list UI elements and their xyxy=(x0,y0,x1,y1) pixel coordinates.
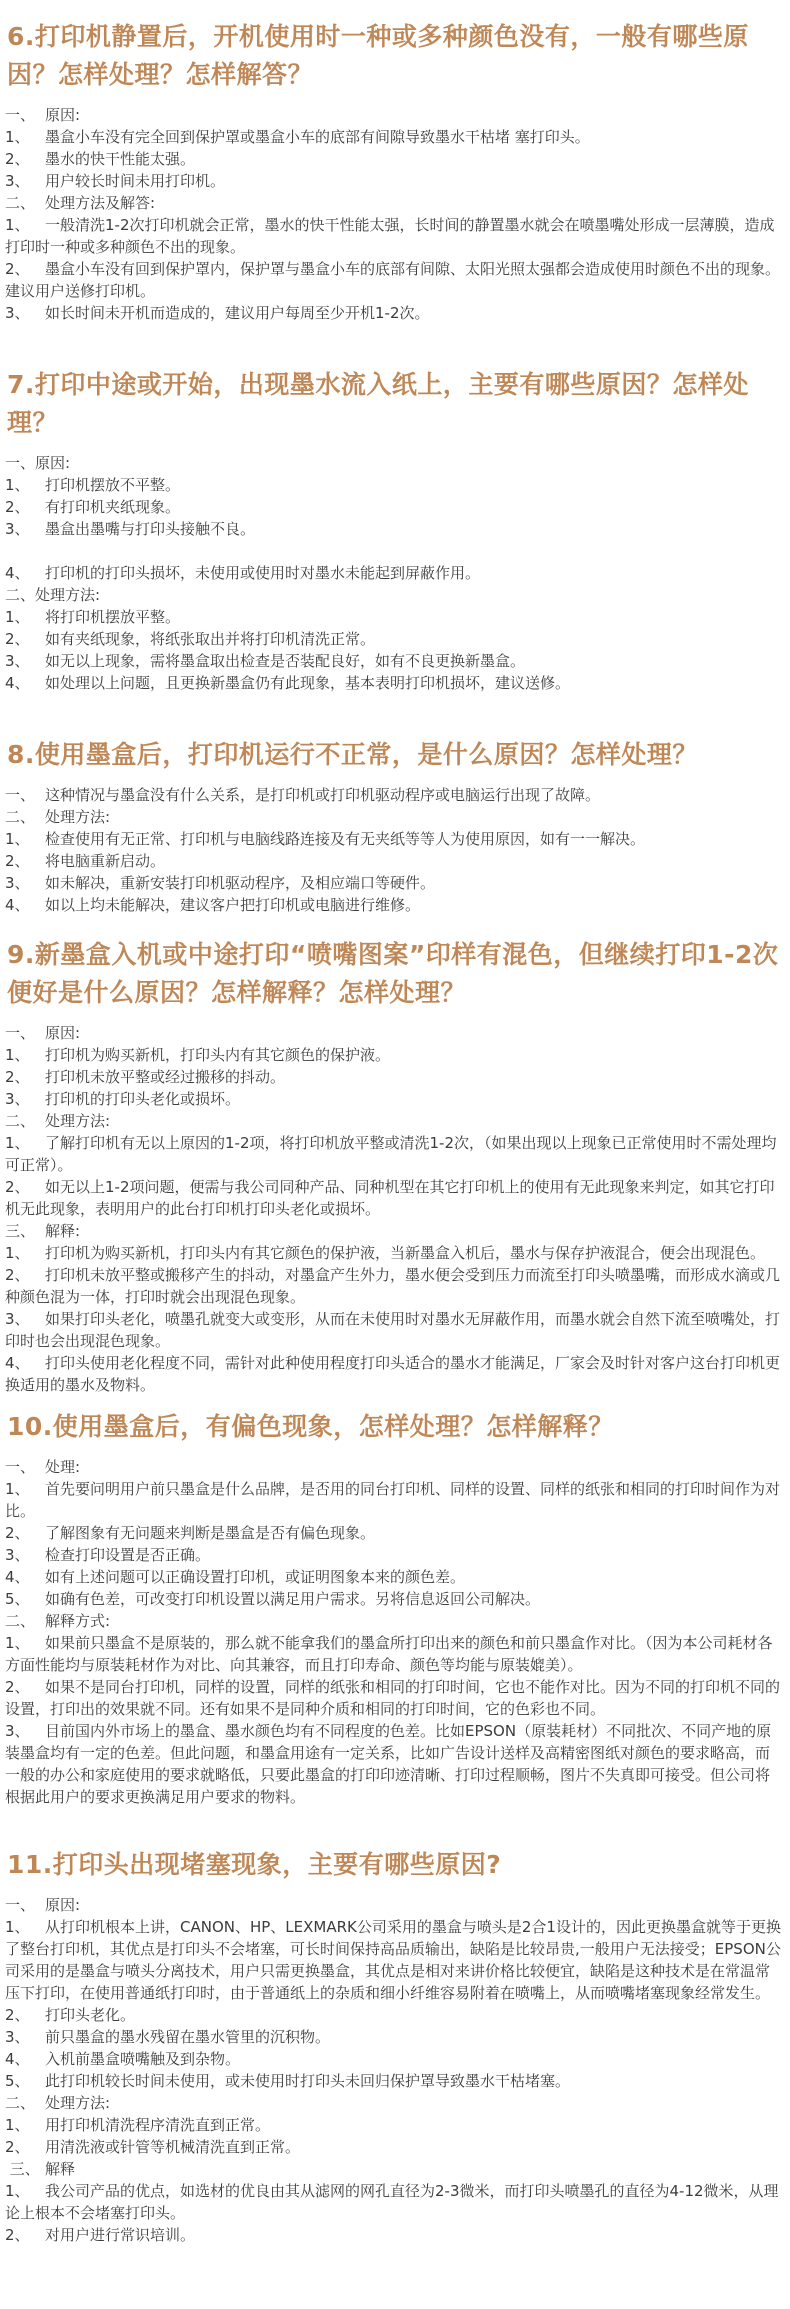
faq-line: 2、 墨水的快干性能太强。 xyxy=(5,148,782,170)
faq-line: 一、 原因: xyxy=(5,1894,782,1916)
faq-line: 3、 如长时间未开机而造成的，建议用户每周至少开机1-2次。 xyxy=(5,302,782,324)
faq-line: 2、 打印头老化。 xyxy=(5,2004,782,2026)
faq-line: 1、 用打印机清洗程序清洗直到正常。 xyxy=(5,2114,782,2136)
faq-line xyxy=(5,540,782,562)
faq-section: 11.打印头出现堵塞现象，主要有哪些原因?一、 原因:1、 从打印机根本上讲，C… xyxy=(5,1846,782,2246)
faq-section: 10.使用墨盒后，有偏色现象，怎样处理？怎样解释？一、 处理:1、 首先要问明用… xyxy=(5,1408,782,1808)
faq-line: 2、 有打印机夹纸现象。 xyxy=(5,496,782,518)
faq-line: 1、 打印机为购买新机，打印头内有其它颜色的保护液，当新墨盒入机后，墨水与保存护… xyxy=(5,1242,782,1264)
faq-line: 3、 打印机的打印头老化或损坏。 xyxy=(5,1088,782,1110)
faq-line: 2、 了解图象有无问题来判断是墨盒是否有偏色现象。 xyxy=(5,1522,782,1544)
faq-line: 4、 打印机的打印头损坏，未使用或使用时对墨水未能起到屏蔽作用。 xyxy=(5,562,782,584)
faq-line: 5、 此打印机较长时间未使用，或未使用时打印头未回归保护罩导致墨水干枯堵塞。 xyxy=(5,2070,782,2092)
faq-line: 二、 处理方法: xyxy=(5,2092,782,2114)
faq-line: 3、 墨盒出墨嘴与打印头接触不良。 xyxy=(5,518,782,540)
faq-line: 一、 处理: xyxy=(5,1456,782,1478)
faq-line: 2、 打印机未放平整或搬移产生的抖动，对墨盒产生外力，墨水便会受到压力而流至打印… xyxy=(5,1264,782,1308)
faq-line: 4、 如有上述问题可以正确设置打印机，或证明图象本来的颜色差。 xyxy=(5,1566,782,1588)
faq-line: 2、 将电脑重新启动。 xyxy=(5,850,782,872)
faq-line: 1、 首先要问明用户前只墨盒是什么品牌，是否用的同台打印机、同样的设置、同样的纸… xyxy=(5,1478,782,1522)
faq-line: 一、原因: xyxy=(5,452,782,474)
faq-line: 4、 如处理以上问题，且更换新墨盒仍有此现象，基本表明打印机损坏，建议送修。 xyxy=(5,672,782,694)
question-heading: 8.使用墨盒后，打印机运行不正常，是什么原因？怎样处理？ xyxy=(7,736,782,774)
faq-line: 二、处理方法: xyxy=(5,584,782,606)
faq-section: 7.打印中途或开始，出现墨水流入纸上，主要有哪些原因？怎样处理？一、原因:1、 … xyxy=(5,366,782,694)
faq-line: 1、 检查使用有无正常、打印机与电脑线路连接及有无夹纸等等人为使用原因，如有一一… xyxy=(5,828,782,850)
faq-section: 8.使用墨盒后，打印机运行不正常，是什么原因？怎样处理？一、 这种情况与墨盒没有… xyxy=(5,736,782,916)
faq-document: 6.打印机静置后，开机使用时一种或多种颜色没有，一般有哪些原因？怎样处理？怎样解… xyxy=(0,0,790,2309)
faq-line: 2、 对用户进行常识培训。 xyxy=(5,2224,782,2246)
faq-line: 3、 用户较长时间未用打印机。 xyxy=(5,170,782,192)
faq-line: 1、 从打印机根本上讲，CANON、HP、LEXMARK公司采用的墨盒与喷头是2… xyxy=(5,1916,782,2004)
faq-line: 二、 处理方法: xyxy=(5,806,782,828)
faq-line: 1、 一般清洗1-2次打印机就会正常，墨水的快干性能太强，长时间的静置墨水就会在… xyxy=(5,214,782,258)
faq-line: 1、 打印机摆放不平整。 xyxy=(5,474,782,496)
faq-line: 1、 我公司产品的优点，如选材的优良由其从滤网的网孔直径为2-3微米，而打印头喷… xyxy=(5,2180,782,2224)
faq-line: 二、 处理方法及解答: xyxy=(5,192,782,214)
faq-line: 2、 用清洗液或针管等机械清洗直到正常。 xyxy=(5,2136,782,2158)
faq-section: 9.新墨盒入机或中途打印“喷嘴图案”印样有混色，但继续打印1-2次便好是什么原因… xyxy=(5,936,782,1396)
question-heading: 10.使用墨盒后，有偏色现象，怎样处理？怎样解释？ xyxy=(7,1408,782,1446)
faq-line: 1、 了解打印机有无以上原因的1-2项，将打印机放平整或清洗1-2次，（如果出现… xyxy=(5,1132,782,1176)
faq-line: 3、 如未解决，重新安装打印机驱动程序，及相应端口等硬件。 xyxy=(5,872,782,894)
faq-line: 二、 解释方式: xyxy=(5,1610,782,1632)
faq-line: 4、 如以上均未能解决，建议客户把打印机或电脑进行维修。 xyxy=(5,894,782,916)
faq-line: 1、 将打印机摆放平整。 xyxy=(5,606,782,628)
faq-section: 6.打印机静置后，开机使用时一种或多种颜色没有，一般有哪些原因？怎样处理？怎样解… xyxy=(5,18,782,324)
faq-line: 3、 目前国内外市场上的墨盒、墨水颜色均有不同程度的色差。比如EPSON（原装耗… xyxy=(5,1720,782,1808)
faq-line: 3、 检查打印设置是否正确。 xyxy=(5,1544,782,1566)
faq-line: 2、 如果不是同台打印机，同样的设置，同样的纸张和相同的打印时间，它也不能作对比… xyxy=(5,1676,782,1720)
faq-line: 2、 如有夹纸现象，将纸张取出并将打印机清洗正常。 xyxy=(5,628,782,650)
faq-line: 5、 如确有色差，可改变打印机设置以满足用户需求。另将信息返回公司解决。 xyxy=(5,1588,782,1610)
faq-line: 2、 打印机未放平整或经过搬移的抖动。 xyxy=(5,1066,782,1088)
faq-line: 1、 墨盒小车没有完全回到保护罩或墨盒小车的底部有间隙导致墨水干枯堵 塞打印头。 xyxy=(5,126,782,148)
faq-line: 一、 原因: xyxy=(5,104,782,126)
faq-line: 2、 墨盒小车没有回到保护罩内，保护罩与墨盒小车的底部有间隙、太阳光照太强都会造… xyxy=(5,258,782,302)
faq-line: 三、 解释: xyxy=(5,1220,782,1242)
faq-line: 4、 打印头使用老化程度不同，需针对此种使用程度打印头适合的墨水才能满足，厂家会… xyxy=(5,1352,782,1396)
faq-line: 4、 入机前墨盒喷嘴触及到杂物。 xyxy=(5,2048,782,2070)
faq-line: 二、 处理方法: xyxy=(5,1110,782,1132)
faq-line: 1、 打印机为购买新机，打印头内有其它颜色的保护液。 xyxy=(5,1044,782,1066)
faq-line: 3、 前只墨盒的墨水残留在墨水管里的沉积物。 xyxy=(5,2026,782,2048)
question-heading: 6.打印机静置后，开机使用时一种或多种颜色没有，一般有哪些原因？怎样处理？怎样解… xyxy=(7,18,782,94)
faq-line: 1、 如果前只墨盒不是原装的，那么就不能拿我们的墨盒所打印出来的颜色和前只墨盒作… xyxy=(5,1632,782,1676)
faq-line: 3、 如果打印头老化，喷墨孔就变大或变形，从而在未使用时对墨水无屏蔽作用，而墨水… xyxy=(5,1308,782,1352)
faq-line: 一、 原因: xyxy=(5,1022,782,1044)
question-heading: 11.打印头出现堵塞现象，主要有哪些原因? xyxy=(7,1846,782,1884)
faq-line: 2、 如无以上1-2项问题，便需与我公司同种产品、同种机型在其它打印机上的使用有… xyxy=(5,1176,782,1220)
faq-line: 一、 这种情况与墨盒没有什么关系，是打印机或打印机驱动程序或电脑运行出现了故障。 xyxy=(5,784,782,806)
faq-line: 3、 如无以上现象，需将墨盒取出检查是否装配良好，如有不良更换新墨盒。 xyxy=(5,650,782,672)
faq-line: 三、 解释 xyxy=(5,2158,782,2180)
question-heading: 7.打印中途或开始，出现墨水流入纸上，主要有哪些原因？怎样处理？ xyxy=(7,366,782,442)
question-heading: 9.新墨盒入机或中途打印“喷嘴图案”印样有混色，但继续打印1-2次便好是什么原因… xyxy=(7,936,782,1012)
